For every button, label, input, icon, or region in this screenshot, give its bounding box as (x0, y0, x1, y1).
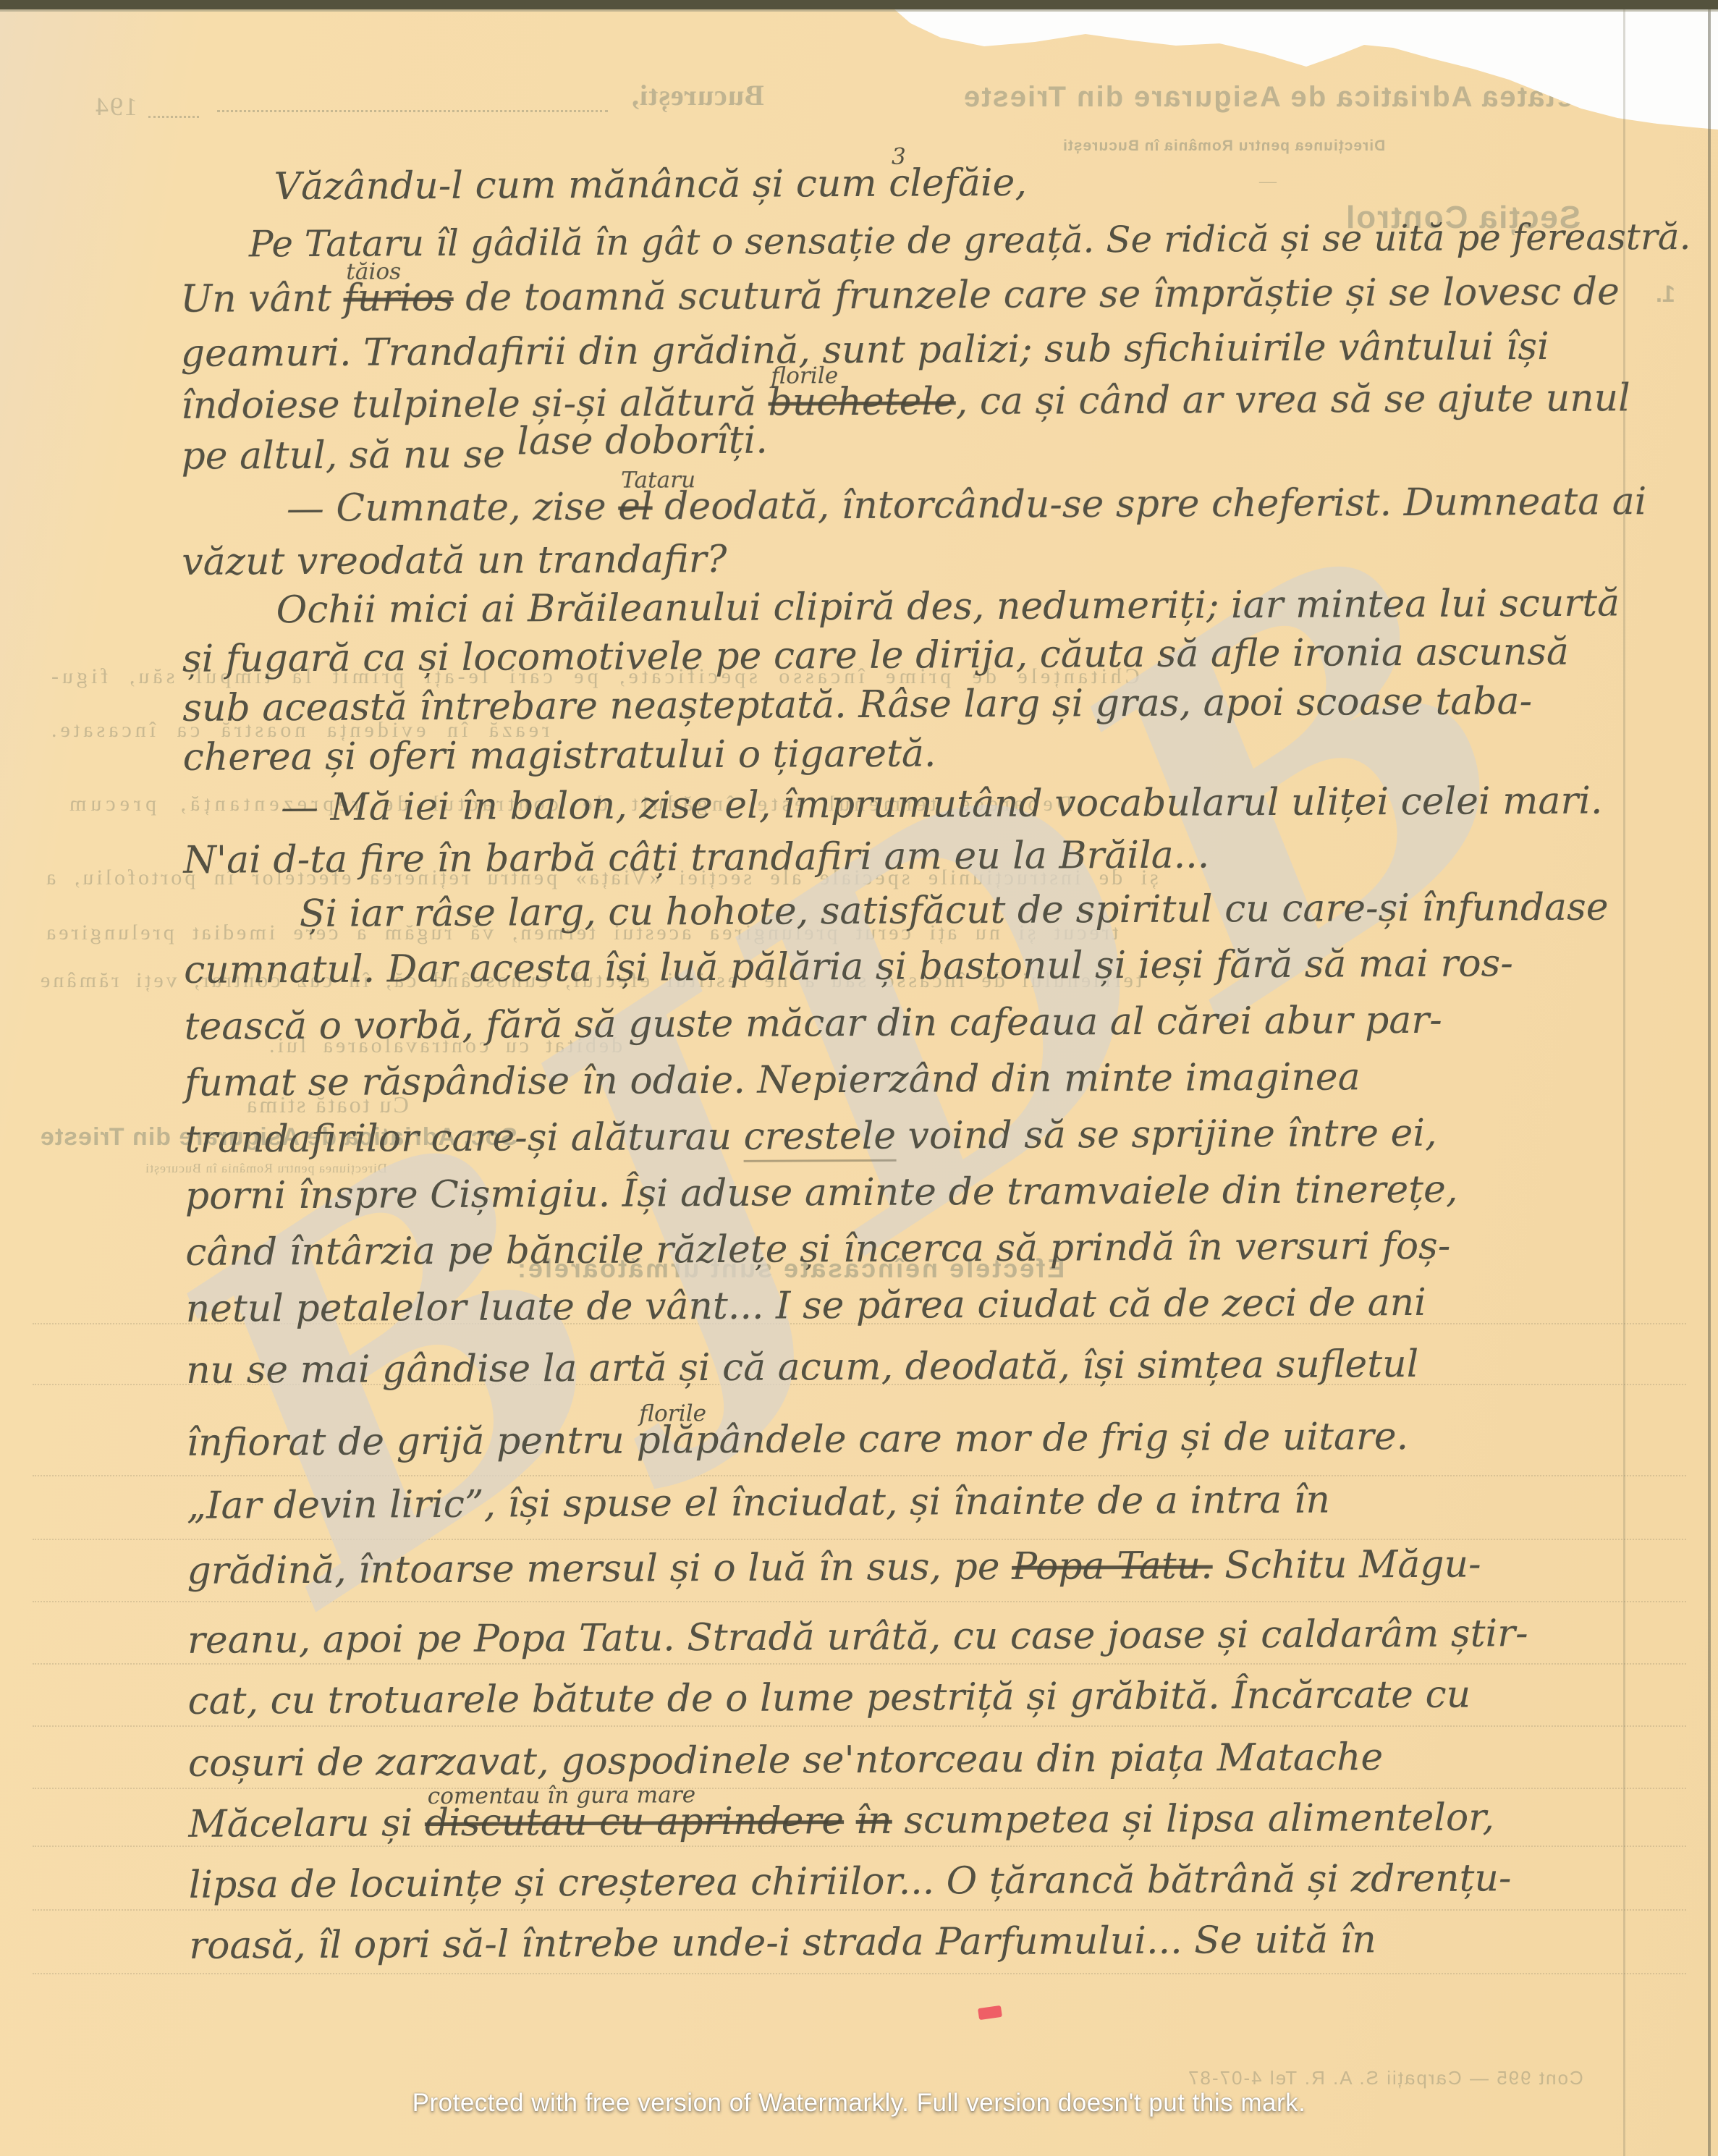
handwritten-text: cherea și oferi magistratului o țigaretă… (183, 732, 936, 779)
handwritten-text: Măcelaru și (188, 1801, 425, 1846)
interline-insertion: florile (639, 1401, 706, 1426)
scanned-document-page: Societatea Adriatica de Asigurare din Tr… (0, 0, 1718, 2156)
manuscript-line-16: cumnatul. Dar acesta își luă pălăria și … (184, 943, 1513, 992)
handwritten-text: fumat se răspândise în odaie. Nepierzând… (185, 1055, 1361, 1105)
struck-word: furiostăios (343, 276, 454, 321)
manuscript-line-27: reanu, apoi pe Popa Tatu. Stradă urâtă, … (187, 1613, 1528, 1662)
manuscript-line-13: — Mă iei în balon, zise el, împrumutând … (281, 781, 1603, 829)
handwritten-text: clefăie,3 (889, 161, 1027, 206)
struck-word: bucheteleflorile (768, 380, 956, 424)
manuscript-line-10: și fugară ca și locomotivele pe care le … (182, 632, 1569, 680)
manuscript-line-2: Pe Tataru îl gâdilă în gât o sensație de… (249, 217, 1691, 264)
struck-word: discutau cu aprinderecomentau în gura ma… (425, 1799, 845, 1845)
interline-insertion: Tataru (621, 468, 695, 493)
handwritten-text: Pe Tataru îl gâdilă în gât o sensație de… (249, 216, 1691, 265)
manuscript-line-8: văzut vreodată un trandafir? (182, 539, 727, 583)
scan-top-edge-highlight (0, 9, 1718, 12)
struck-word: în (855, 1799, 892, 1843)
manuscript-line-29: coșuri de zarzavat, gospodinele se'ntorc… (188, 1737, 1384, 1785)
manuscript-line-12: cherea și oferi magistratului o țigaretă… (183, 733, 936, 779)
handwritten-text: văzut vreodată un trandafir? (182, 538, 727, 584)
manuscript-line-4: geamuri. Trandafirii din grădină, sunt p… (181, 326, 1549, 375)
handwritten-text: și fugară ca și locomotivele pe care le … (182, 630, 1569, 681)
manuscript-line-1: Văzându-l cum mănâncă și cum clefăie,3 (274, 163, 1027, 208)
handwritten-text: de toamnă scutură frunzele care se împră… (454, 270, 1620, 319)
handwritten-text (844, 1799, 856, 1843)
manuscript-line-14: N'ai d-ta fire în barbă câți trandafiri … (183, 834, 1209, 882)
scan-right-edge (1708, 0, 1711, 2156)
manuscript-line-21: când întârzia pe băncile răzlețe și înce… (185, 1226, 1450, 1274)
handwritten-text: sub această întrebare neașteptată. Râse … (182, 680, 1532, 730)
handwritten-text: , ca și când ar vrea să se ajute unul (956, 376, 1630, 423)
handwritten-text: pe altul, să nu se (181, 433, 517, 478)
handwritten-text: nu se mai gândise la artă și că acum, de… (186, 1343, 1418, 1392)
handwritten-text: „Iar devin liric”, își spuse el înciudat… (187, 1479, 1330, 1528)
struck-word: Popa Tatu. (1012, 1544, 1213, 1588)
manuscript-line-30: Măcelaru și discutau cu aprinderecomenta… (188, 1797, 1494, 1846)
manuscript-line-26: grădină, întoarse mersul și o luă în sus… (187, 1544, 1481, 1593)
underlined-word: crestele (743, 1115, 896, 1162)
handwritten-text: când întârzia pe băncile răzlețe și înce… (185, 1225, 1450, 1274)
paper-crease-line (1623, 0, 1625, 2156)
handwritten-text: trandafirilor care-și alăturau (185, 1115, 743, 1162)
handwritten-text: deodată, întorcându-se spre cheferist. D… (652, 480, 1646, 528)
handwritten-text: scumpetea și lipsa alimentelor, (892, 1796, 1494, 1842)
manuscript-line-3: Un vânt furiostăios de toamnă scutură fr… (180, 271, 1620, 321)
handwritten-text: cat, cu trotuarele bătute de o lume pest… (187, 1673, 1471, 1723)
handwritten-text: geamuri. Trandafirii din grădină, sunt p… (181, 325, 1549, 376)
manuscript-line-7: — Cumnate, zise elTataru deodată, întorc… (287, 481, 1647, 530)
handwritten-text: — Cumnate, zise (287, 486, 619, 530)
handwritten-text: Văzându-l cum mănâncă și cum (274, 162, 889, 208)
handwritten-text: coșuri de zarzavat, gospodinele se'ntorc… (188, 1736, 1384, 1785)
manuscript-line-19: trandafirilor care-și alăturau crestele … (185, 1113, 1436, 1161)
handwritten-text: roasă, îl opri să-l întrebe unde-i strad… (189, 1918, 1376, 1968)
handwritten-text-layer: Văzându-l cum mănâncă și cum clefăie,3Pe… (0, 0, 1718, 2156)
manuscript-line-20: porni înspre Cișmigiu. Își aduse aminte … (185, 1170, 1458, 1217)
manuscript-line-5: îndoiese tulpinele și-și alătură buchete… (181, 378, 1630, 427)
manuscript-line-25: „Iar devin liric”, își spuse el înciudat… (187, 1480, 1330, 1527)
manuscript-line-22: netul petalelor luate de vânt... I se pă… (186, 1282, 1426, 1330)
handwritten-text: lipsa de locuințe și creșterea chiriilor… (189, 1856, 1512, 1907)
handwritten-text: Un vânt (180, 277, 343, 321)
manuscript-line-23: nu se mai gândise la artă și că acum, de… (186, 1344, 1418, 1392)
handwritten-text: porni înspre Cișmigiu. Își aduse aminte … (185, 1168, 1458, 1218)
interline-insertion: tăios (346, 259, 401, 284)
handwritten-text: reanu, apoi pe Popa Tatu. Stradă urâtă, … (187, 1612, 1528, 1662)
manuscript-line-24: înfiorat de grijă pentru plăpândeleflori… (186, 1416, 1408, 1464)
interline-insertion: 3 (892, 144, 906, 169)
handwritten-text: tească o vorbă, fără să guste măcar din … (184, 999, 1442, 1049)
handwritten-text: care mor de frig și de uitare. (846, 1415, 1408, 1461)
manuscript-line-11: sub această întrebare neașteptată. Râse … (182, 681, 1532, 730)
struck-word: elTataru (618, 485, 653, 528)
manuscript-line-32: roasă, îl opri să-l întrebe unde-i strad… (189, 1919, 1376, 1967)
handwritten-text: — Mă iei în balon, zise el, împrumutând … (281, 779, 1603, 830)
handwritten-text: Ochii mici ai Brăileanului clipiră des, … (276, 581, 1620, 632)
interline-insertion: comentau în gura mare (428, 1783, 696, 1809)
handwritten-text: Schitu Măgu- (1213, 1543, 1481, 1588)
handwritten-text: netul petalelor luate de vânt... I se pă… (186, 1281, 1426, 1331)
manuscript-line-9: Ochii mici ai Brăileanului clipiră des, … (276, 583, 1620, 631)
manuscript-line-17: tească o vorbă, fără să guste măcar din … (184, 1000, 1442, 1048)
handwritten-text: lase doborîți. (517, 419, 768, 464)
watermarkly-caption: Protected with free version of Watermark… (0, 2089, 1718, 2118)
manuscript-paper: Societatea Adriatica de Asigurare din Tr… (0, 0, 1718, 2156)
manuscript-line-31: lipsa de locuințe și creșterea chiriilor… (189, 1858, 1512, 1906)
interline-insertion: florile (771, 363, 838, 389)
manuscript-line-15: Și iar râse larg, cu hohote, satisfăcut … (300, 887, 1609, 936)
handwritten-text: înfiorat de grijă pentru (186, 1419, 636, 1465)
handwritten-text: grădină, întoarse mersul și o luă în sus… (187, 1545, 1012, 1593)
manuscript-line-28: cat, cu trotuarele bătute de o lume pest… (187, 1675, 1471, 1722)
handwritten-text: plăpândeleflorile (636, 1418, 846, 1463)
handwritten-text: voind să se sprijine între ei, (896, 1112, 1437, 1158)
handwritten-text: Și iar râse larg, cu hohote, satisfăcut … (300, 886, 1609, 936)
handwritten-text: cumnatul. Dar acesta își luă pălăria și … (184, 942, 1513, 992)
scan-top-edge (0, 0, 1718, 9)
manuscript-line-18: fumat se răspândise în odaie. Nepierzând… (185, 1057, 1361, 1104)
handwritten-text: N'ai d-ta fire în barbă câți trandafiri … (183, 833, 1209, 882)
